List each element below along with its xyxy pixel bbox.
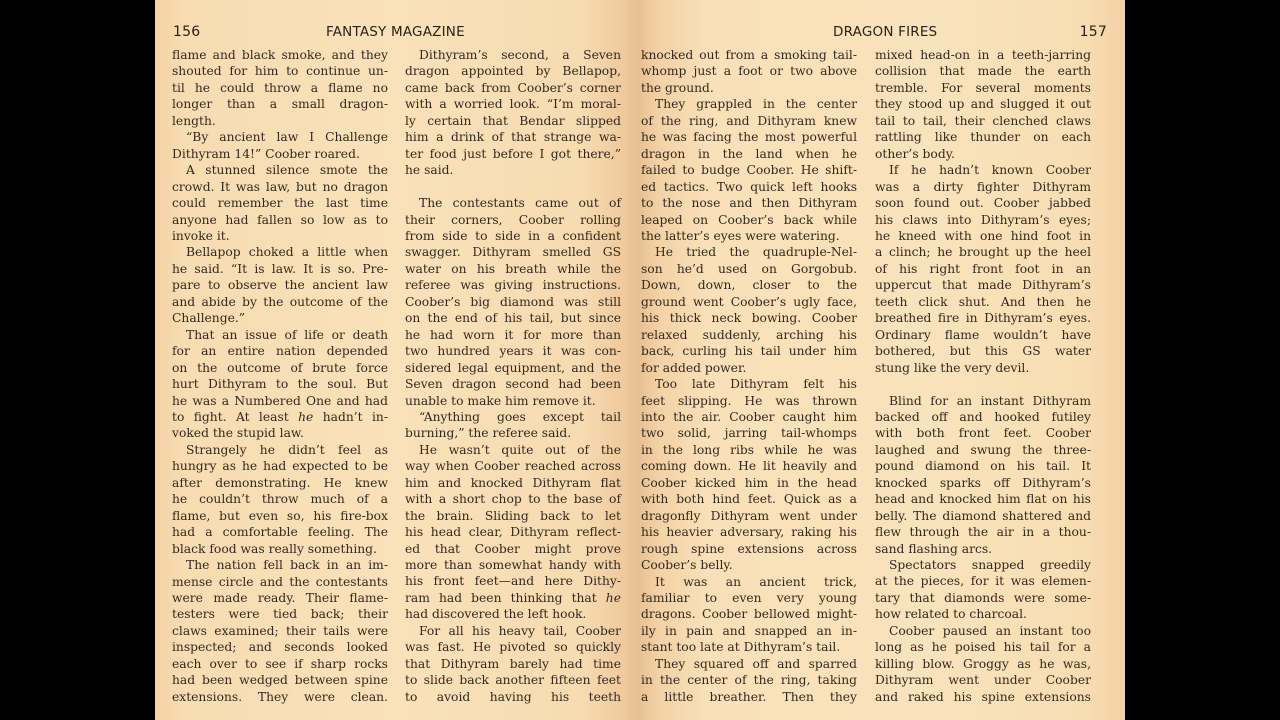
text-column: flame and black smoke, and they shouted …	[172, 47, 388, 705]
paragraph: Bellapop choked a little when he said. “…	[172, 244, 388, 326]
text-column: knocked out from a smoking tail- whomp j…	[641, 47, 857, 705]
paragraph: They grappled in the center of the ring,…	[641, 96, 857, 244]
paragraph: The contestants came out of their corner…	[405, 195, 621, 409]
paragraph: If he hadn’t known Coober was a dirty fi…	[875, 162, 1091, 376]
paragraph: Blind for an instant Dithyram backed off…	[875, 393, 1091, 558]
text-column: mixed head-on in a teeth-jarring collisi…	[875, 47, 1091, 705]
paragraph: flame and black smoke, and they shouted …	[172, 47, 388, 129]
paragraph: It was an ancient trick, familiar to eve…	[641, 574, 857, 656]
paragraph: mixed head-on in a teeth-jarring collisi…	[875, 47, 1091, 162]
paragraph: The nation fell back in an im- mense cir…	[172, 557, 388, 705]
paragraph: He tried the quadruple-Nel- son he’d use…	[641, 244, 857, 376]
left-page: 156 FANTASY MAGAZINE flame and black smo…	[155, 0, 640, 720]
paragraph: He wasn’t quite out of the way when Coob…	[405, 442, 621, 623]
paragraph: For all his heavy tail, Coober was fast.…	[405, 623, 621, 705]
paragraph: Spectators snapped greedily at the piece…	[875, 557, 1091, 623]
right-page: DRAGON FIRES 157 knocked out from a smok…	[640, 0, 1125, 720]
left-running-head: 156 FANTASY MAGAZINE	[173, 22, 624, 42]
story-title: DRAGON FIRES	[833, 24, 937, 40]
paragraph: Coober paused an instant too long as he …	[875, 623, 1091, 705]
text-column: Dithyram’s second, a Seven dragon appoin…	[405, 47, 621, 705]
video-frame: 156 FANTASY MAGAZINE flame and black smo…	[0, 0, 1280, 720]
paragraph: “By ancient law I Challenge Dithyram 14!…	[172, 129, 388, 162]
paragraph: Strangely he didn’t feel as hungry as he…	[172, 442, 388, 557]
paragraph: A stunned silence smote the crowd. It wa…	[172, 162, 388, 244]
paragraph: Dithyram’s second, a Seven dragon appoin…	[405, 47, 621, 179]
paragraph: That an issue of life or death for an en…	[172, 327, 388, 442]
paragraph: “Anything goes except tail burning,” the…	[405, 409, 621, 442]
paragraph: Too late Dithyram felt his feet slipping…	[641, 376, 857, 573]
page-number: 156	[173, 24, 200, 40]
magazine-spread: 156 FANTASY MAGAZINE flame and black smo…	[155, 0, 1125, 720]
paragraph: knocked out from a smoking tail- whomp j…	[641, 47, 857, 96]
right-running-head: DRAGON FIRES 157	[660, 22, 1107, 42]
paragraph: They squared off and sparred in the cent…	[641, 656, 857, 705]
page-number: 157	[1080, 24, 1107, 40]
magazine-title: FANTASY MAGAZINE	[326, 24, 465, 40]
